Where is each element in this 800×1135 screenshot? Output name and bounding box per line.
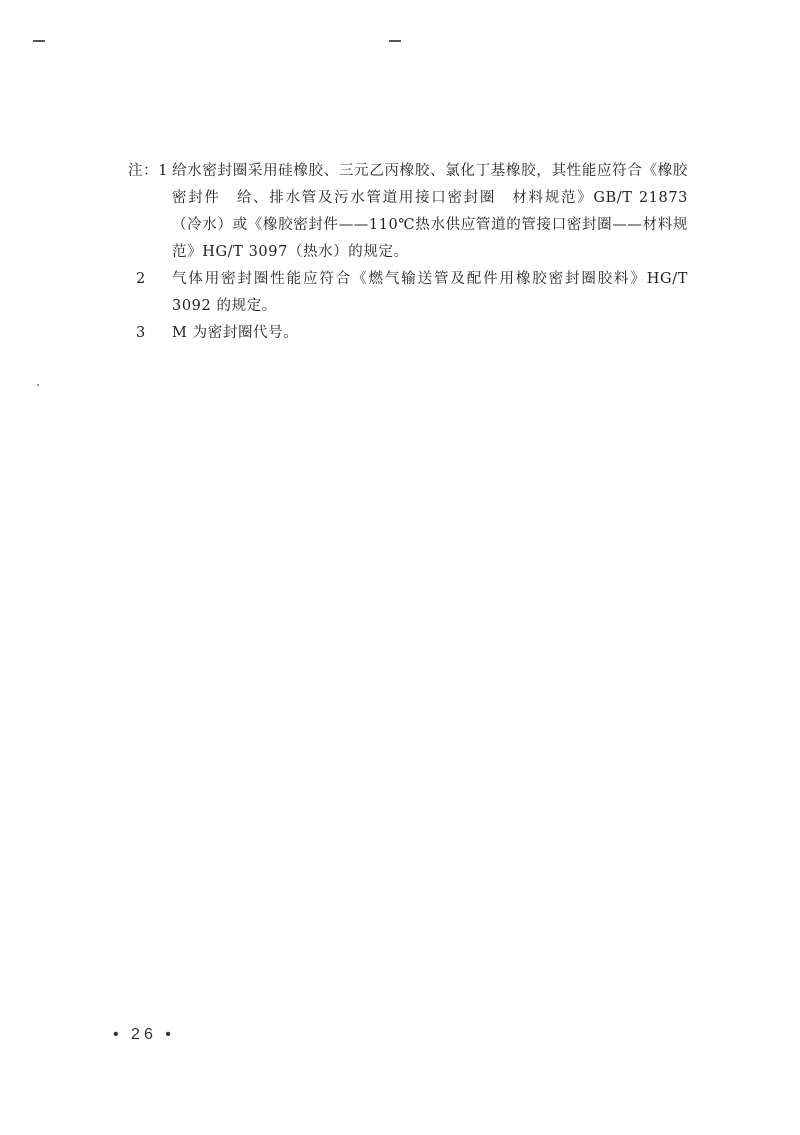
scan-mark-left bbox=[33, 40, 45, 42]
note-label: 注：1 bbox=[128, 158, 168, 185]
note-text: M 为密封圈代号。 bbox=[172, 320, 688, 347]
scan-speck bbox=[37, 384, 39, 386]
notes-section: 注：1 给水密封圈采用硅橡胶、三元乙丙橡胶、氯化丁基橡胶，其性能应符合《橡胶密封… bbox=[128, 158, 688, 347]
note-number: 3 bbox=[136, 320, 146, 347]
note-text: 气体用密封圈性能应符合《燃气输送管及配件用橡胶密封圈胶料》HG/T 3092 的… bbox=[172, 266, 688, 320]
note-item-1: 注：1 给水密封圈采用硅橡胶、三元乙丙橡胶、氯化丁基橡胶，其性能应符合《橡胶密封… bbox=[128, 158, 688, 266]
page-number: • 26 • bbox=[113, 1026, 175, 1044]
note-item-3: 3 M 为密封圈代号。 bbox=[128, 320, 688, 347]
scan-mark-center bbox=[389, 40, 401, 42]
note-text: 给水密封圈采用硅橡胶、三元乙丙橡胶、氯化丁基橡胶，其性能应符合《橡胶密封件 给、… bbox=[172, 158, 688, 266]
note-item-2: 2 气体用密封圈性能应符合《燃气输送管及配件用橡胶密封圈胶料》HG/T 3092… bbox=[128, 266, 688, 320]
note-number: 2 bbox=[136, 266, 146, 293]
